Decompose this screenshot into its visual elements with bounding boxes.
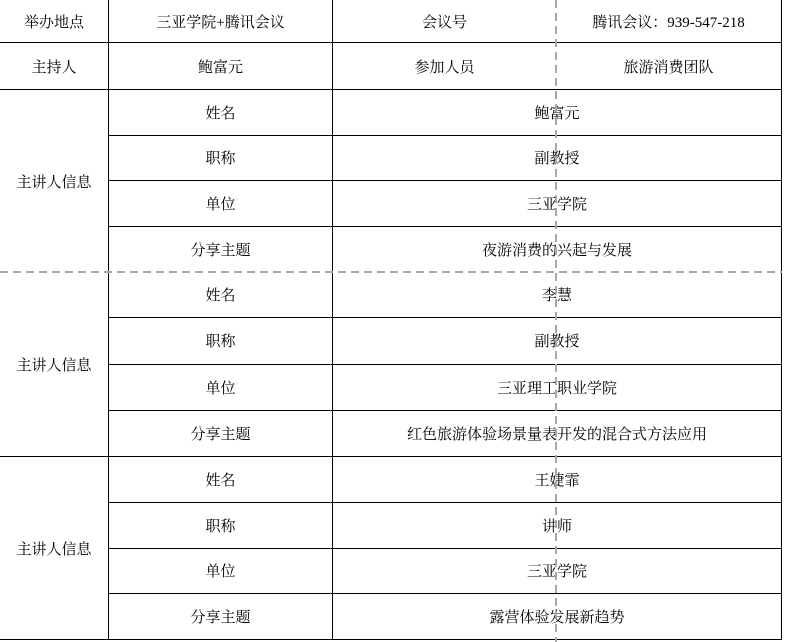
venue-label-cell: 举办地点	[0, 0, 109, 43]
venue-value-cell: 三亚学院+腾讯会议	[109, 0, 333, 43]
field-label-unit: 单位	[109, 365, 333, 411]
host-value-cell: 鲍富元	[109, 43, 333, 90]
speaker-name-value: 王婕霏	[333, 457, 782, 503]
host-label-cell: 主持人	[0, 43, 109, 90]
field-label-name: 姓名	[109, 457, 333, 503]
speaker-section-label: 主讲人信息	[0, 272, 109, 457]
speaker-title-value: 讲师	[333, 503, 782, 549]
field-label-title: 职称	[109, 136, 333, 182]
field-label-title: 职称	[109, 318, 333, 364]
field-label-name: 姓名	[109, 272, 333, 318]
speaker-topic-value: 红色旅游体验场景量表开发的混合式方法应用	[333, 411, 782, 457]
speaker-name-value: 李慧	[333, 272, 782, 318]
meeting-id-label-cell: 会议号	[333, 0, 556, 43]
meeting-info-page: 举办地点 三亚学院+腾讯会议 会议号 腾讯会议：939-547-218 主持人 …	[0, 0, 785, 642]
speaker-section-label: 主讲人信息	[0, 90, 109, 272]
speaker-name-value: 鲍富元	[333, 90, 782, 136]
field-label-unit: 单位	[109, 181, 333, 227]
field-label-topic: 分享主题	[109, 227, 333, 273]
field-label-unit: 单位	[109, 549, 333, 595]
speaker-topic-value: 夜游消费的兴起与发展	[333, 227, 782, 273]
participants-label-cell: 参加人员	[333, 43, 556, 90]
participants-value-cell: 旅游消费团队	[556, 43, 782, 90]
speaker-topic-value: 露营体验发展新趋势	[333, 594, 782, 640]
speaker-title-value: 副教授	[333, 136, 782, 182]
speaker-title-value: 副教授	[333, 318, 782, 364]
speaker-unit-value: 三亚理工职业学院	[333, 365, 782, 411]
meeting-info-table: 举办地点 三亚学院+腾讯会议 会议号 腾讯会议：939-547-218 主持人 …	[0, 0, 782, 640]
field-label-name: 姓名	[109, 90, 333, 136]
field-label-topic: 分享主题	[109, 594, 333, 640]
field-label-title: 职称	[109, 503, 333, 549]
meeting-id-value-cell: 腾讯会议：939-547-218	[556, 0, 782, 43]
speaker-unit-value: 三亚学院	[333, 181, 782, 227]
speaker-unit-value: 三亚学院	[333, 549, 782, 595]
field-label-topic: 分享主题	[109, 411, 333, 457]
speaker-section-label: 主讲人信息	[0, 457, 109, 640]
